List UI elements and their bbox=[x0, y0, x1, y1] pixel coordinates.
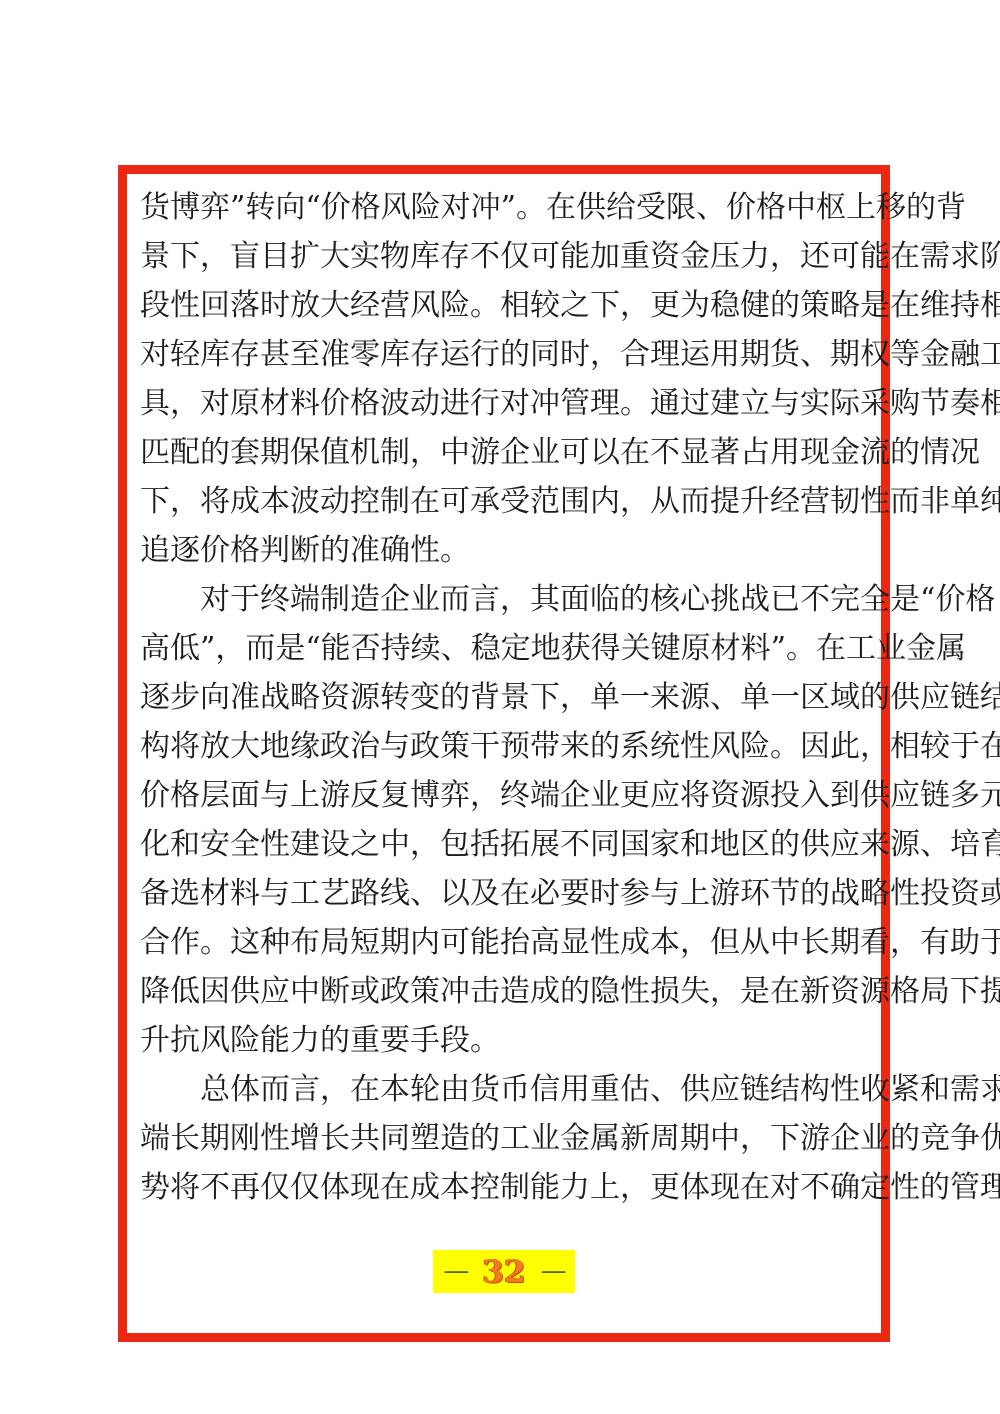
page-footer: — 32 — bbox=[127, 1250, 881, 1293]
page-number: 32 bbox=[482, 1254, 525, 1290]
footer-dash-left: — bbox=[443, 1256, 467, 1286]
text-line: 端长期刚性增长共同塑造的工业金属新周期中，下游企业的竞争优 bbox=[140, 1114, 870, 1163]
text-line: 逐步向准战略资源转变的背景下，单一来源、单一区域的供应链结 bbox=[140, 673, 870, 722]
text-line: 景下，盲目扩大实物库存不仅可能加重资金压力，还可能在需求阶 bbox=[140, 232, 870, 281]
text-line: 下，将成本波动控制在可承受范围内，从而提升经营韧性而非单纯 bbox=[140, 477, 870, 526]
text-line: 段性回落时放大经营风险。相较之下，更为稳健的策略是在维持相 bbox=[140, 281, 870, 330]
text-line: 势将不再仅仅体现在成本控制能力上，更体现在对不确定性的管理 bbox=[140, 1163, 870, 1212]
text-line: 备选材料与工艺路线、以及在必要时参与上游环节的战略性投资或 bbox=[140, 869, 870, 918]
text-block: 货博弈”转向“价格风险对冲”。在供给受限、价格中枢上移的背景下，盲目扩大实物库存… bbox=[140, 183, 870, 1212]
page-number-highlight: — 32 — bbox=[433, 1250, 574, 1293]
text-line: 升抗风险能力的重要手段。 bbox=[140, 1016, 870, 1065]
text-line: 总体而言，在本轮由货币信用重估、供应链结构性收紧和需求 bbox=[140, 1065, 870, 1114]
text-line: 高低”，而是“能否持续、稳定地获得关键原材料”。在工业金属 bbox=[140, 624, 870, 673]
text-line: 构将放大地缘政治与政策干预带来的系统性风险。因此，相较于在 bbox=[140, 722, 870, 771]
text-line: 降低因供应中断或政策冲击造成的隐性损失，是在新资源格局下提 bbox=[140, 967, 870, 1016]
footer-dash-right: — bbox=[541, 1256, 565, 1286]
text-line: 价格层面与上游反复博弈，终端企业更应将资源投入到供应链多元 bbox=[140, 771, 870, 820]
text-line: 合作。这种布局短期内可能抬高显性成本，但从中长期看，有助于 bbox=[140, 918, 870, 967]
text-line: 具，对原材料价格波动进行对冲管理。通过建立与实际采购节奏相 bbox=[140, 379, 870, 428]
text-line: 追逐价格判断的准确性。 bbox=[140, 526, 870, 575]
text-line: 化和安全性建设之中，包括拓展不同国家和地区的供应来源、培育 bbox=[140, 820, 870, 869]
text-line: 对于终端制造企业而言，其面临的核心挑战已不完全是“价格 bbox=[140, 575, 870, 624]
text-line: 货博弈”转向“价格风险对冲”。在供给受限、价格中枢上移的背 bbox=[140, 183, 870, 232]
red-border-frame: 货博弈”转向“价格风险对冲”。在供给受限、价格中枢上移的背景下，盲目扩大实物库存… bbox=[118, 165, 890, 1342]
document-page: 货博弈”转向“价格风险对冲”。在供给受限、价格中枢上移的背景下，盲目扩大实物库存… bbox=[0, 0, 1000, 1414]
text-line: 匹配的套期保值机制，中游企业可以在不显著占用现金流的情况 bbox=[140, 428, 870, 477]
text-line: 对轻库存甚至准零库存运行的同时，合理运用期货、期权等金融工 bbox=[140, 330, 870, 379]
